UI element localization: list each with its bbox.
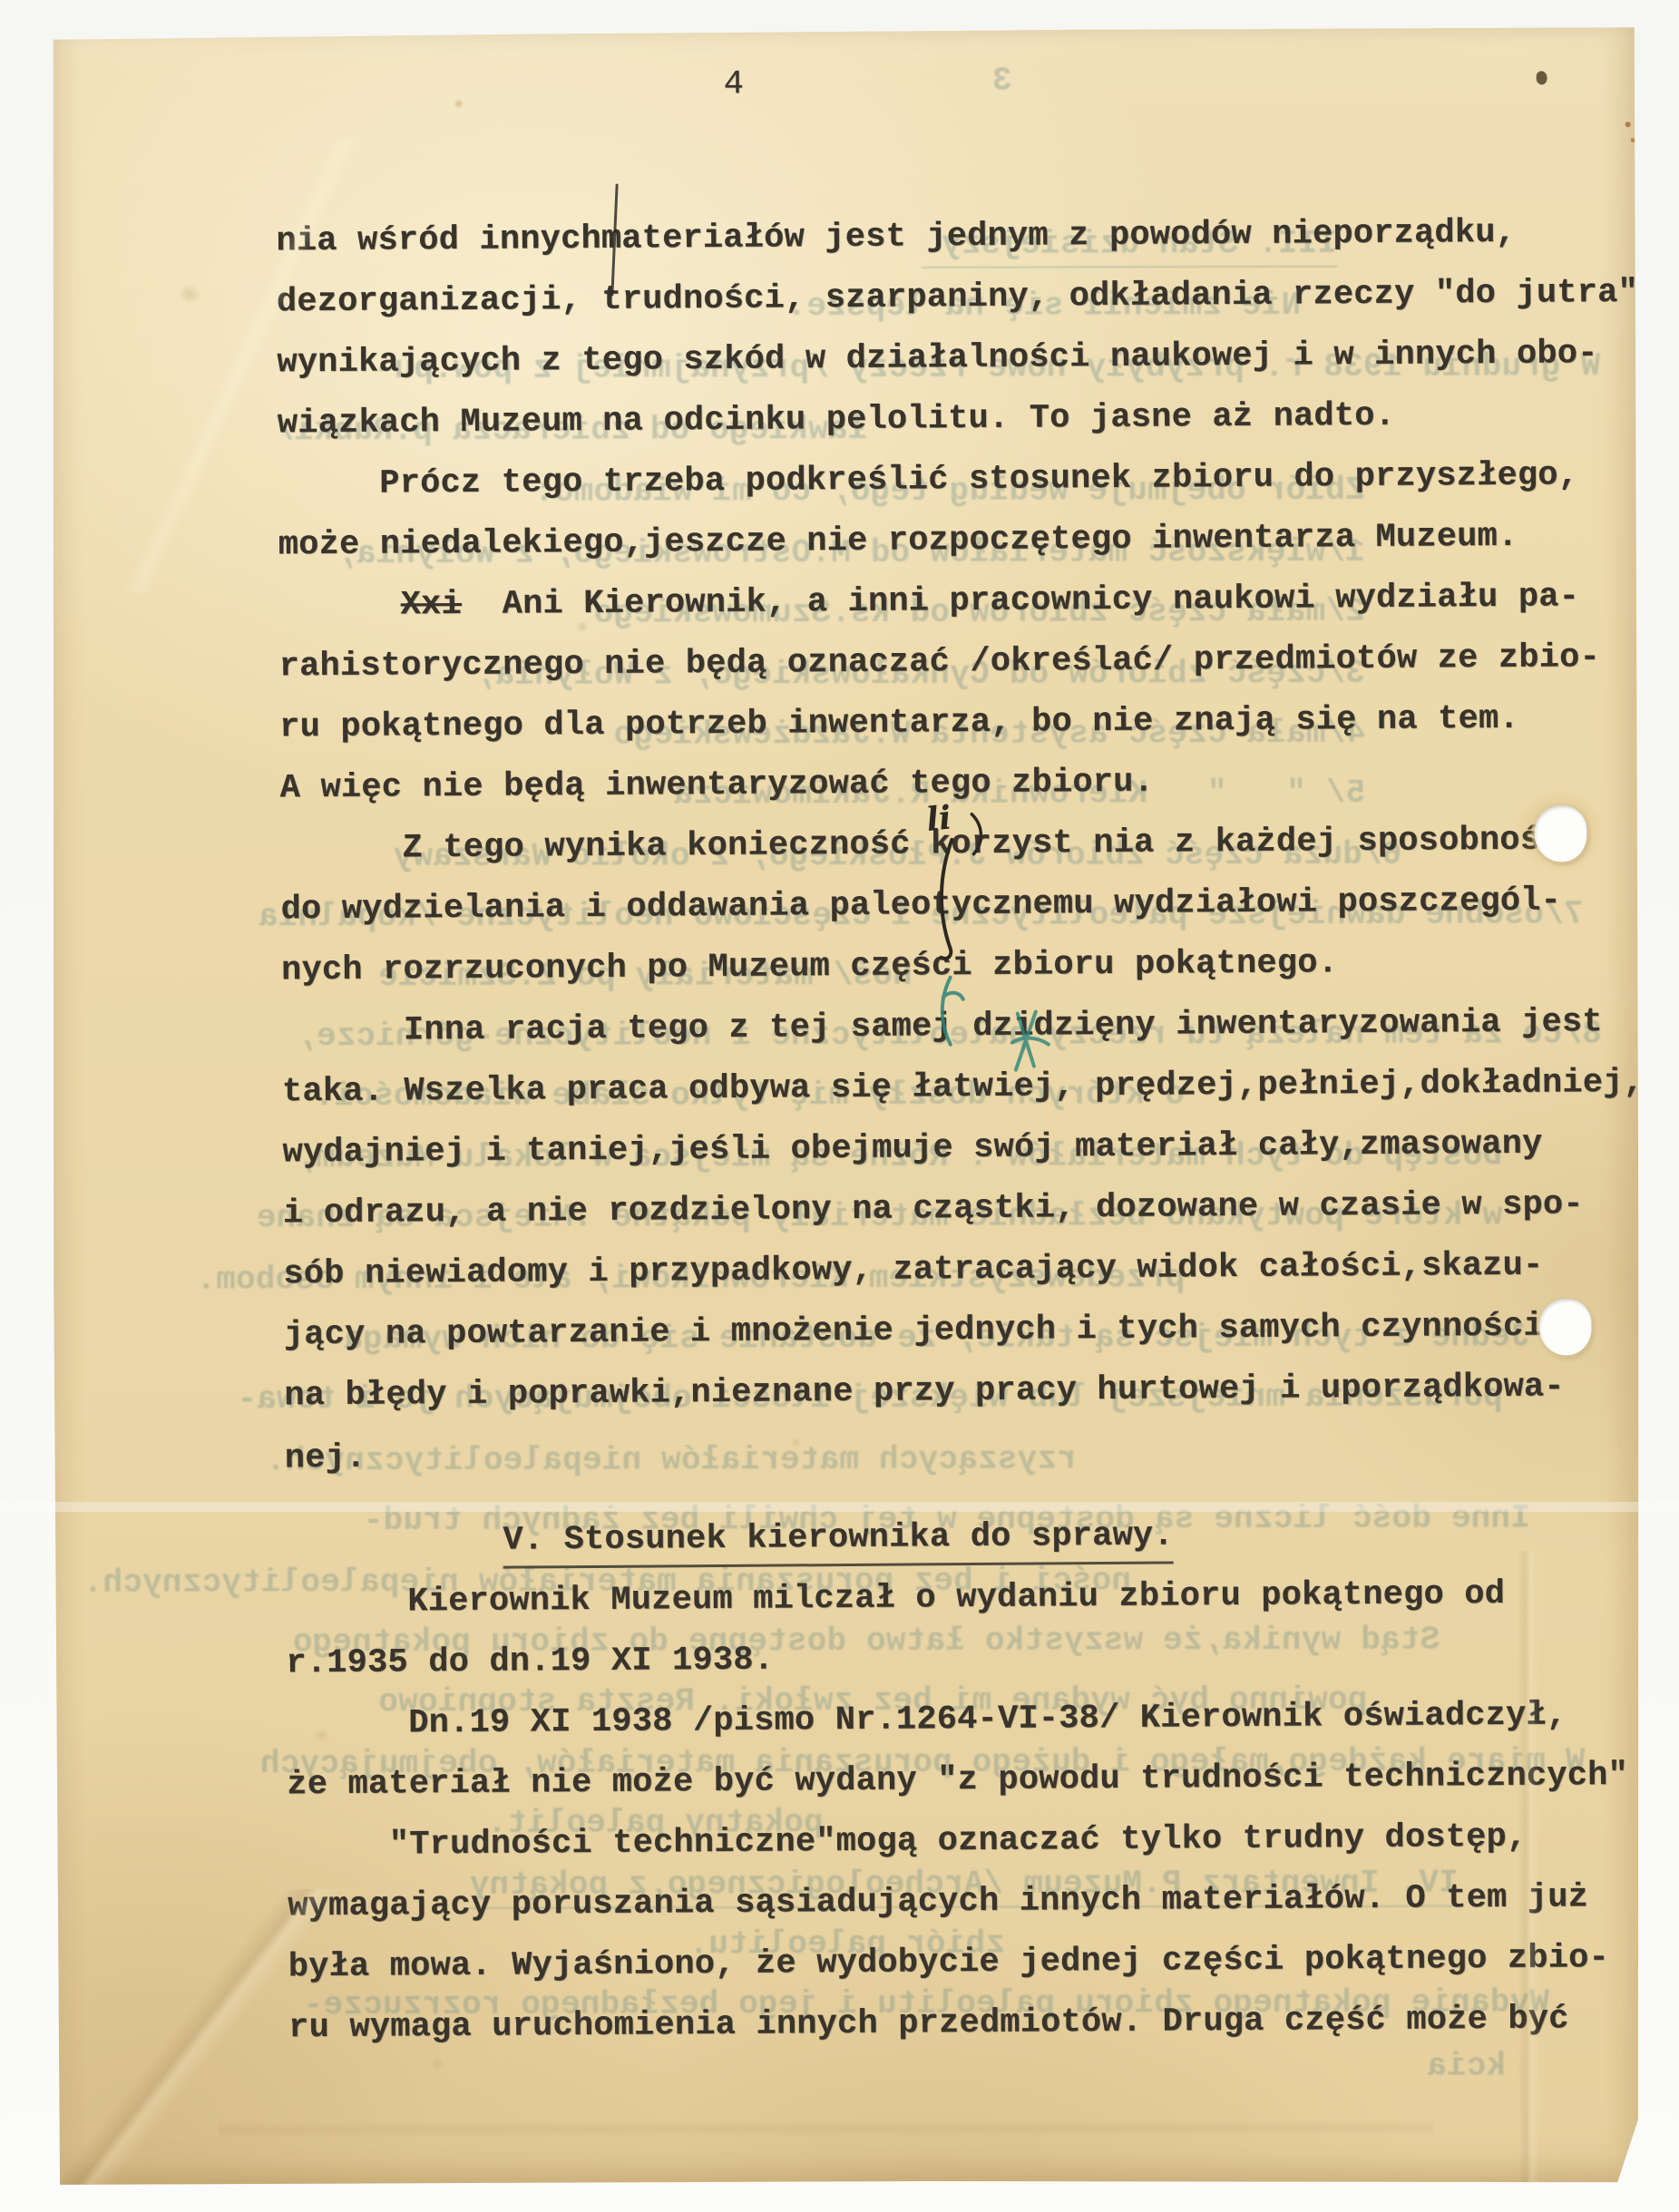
- typed-line: nych rozrzuconych po Muzeum części zbior…: [281, 941, 1338, 992]
- typed-line: Kierownik Muzeum milczał o wydaniu zbior…: [286, 1573, 1506, 1624]
- typed-line: ru pokątnego dla potrzeb inwentarza, bo …: [279, 697, 1519, 750]
- scanner-artifact-band: [0, 1502, 1679, 1512]
- typed-line: wynikających z tego szkód w działalności…: [277, 332, 1598, 385]
- hole-punch: [1534, 805, 1586, 862]
- insertion-text: li: [924, 798, 953, 839]
- typed-line: ru wymaga uruchomienia innych przedmiotó…: [288, 1997, 1569, 2050]
- struck-out-text: Xxi: [401, 586, 463, 624]
- typed-line: nej.: [285, 1437, 366, 1481]
- typed-line: wydajniej i taniej,jeśli obejmuje swój m…: [282, 1123, 1542, 1175]
- typed-line: sób niewiadomy i przypadkowy, zatracając…: [283, 1244, 1543, 1297]
- typed-line: r.1935 do dn.19 XI 1938.: [286, 1639, 774, 1686]
- typed-line: Xxi Ani Kierownik, a inni pracownicy nau…: [278, 575, 1579, 628]
- typed-line: może niedalekiego,jeszcze nie rozpoczęte…: [278, 515, 1518, 568]
- typed-line: taka. Wszelka praca odbywa się łatwiej, …: [282, 1061, 1644, 1114]
- paper-sheet: 3III. Stan dzisiejszy.Nie zmienił się na…: [51, 27, 1641, 2186]
- hole-punch: [1538, 1299, 1591, 1355]
- typed-line: nia wśród innychmateriałów jest jednym z…: [276, 211, 1516, 264]
- teal-pen-mark: [1003, 1003, 1058, 1085]
- typed-line: A więc nie będą inwentaryzować tego zbio…: [280, 761, 1155, 811]
- typed-line: wymagający poruszania sąsiadujących inny…: [288, 1876, 1588, 1928]
- caret-stroke-icon: [903, 802, 1011, 970]
- typed-text-layer: nia wśród innychmateriałów jest jednym z…: [46, 24, 1647, 2189]
- teal-pen-mark: [923, 972, 978, 1054]
- typed-line: na błędy i poprawki,nieznane przy pracy …: [284, 1365, 1565, 1418]
- typed-line: że materiał nie może być wydany "z powod…: [287, 1754, 1628, 1807]
- typed-line: i odrazu, a nie rozdzielony na cząstki, …: [283, 1183, 1584, 1235]
- typed-line: rahistorycznego nie będą oznaczać /okreś…: [279, 636, 1601, 688]
- typed-line: dezorganizacji, trudności, szarpaniny, o…: [277, 271, 1638, 324]
- typed-line: Prócz tego trzeba podkreślić stosunek zb…: [278, 453, 1578, 506]
- typed-line: wiązkach Muzeum na odcinku pelolitu. To …: [278, 395, 1396, 446]
- typed-line: Dn.19 XI 1938 /pismo Nr.1264-VI-38/ Kier…: [287, 1693, 1567, 1746]
- section-heading: V. Stosunek kierownika do sprawy.: [503, 1514, 1174, 1568]
- typed-line: była mowa. Wyjaśniono, że wydobycie jedn…: [288, 1936, 1610, 1989]
- handwritten-insertion: li: [903, 802, 1011, 965]
- typed-line: "Trudności techniczne"mogą oznaczać tylk…: [288, 1816, 1528, 1868]
- typed-line: jący na powtarzanie i mnożenie jednych i…: [284, 1305, 1544, 1358]
